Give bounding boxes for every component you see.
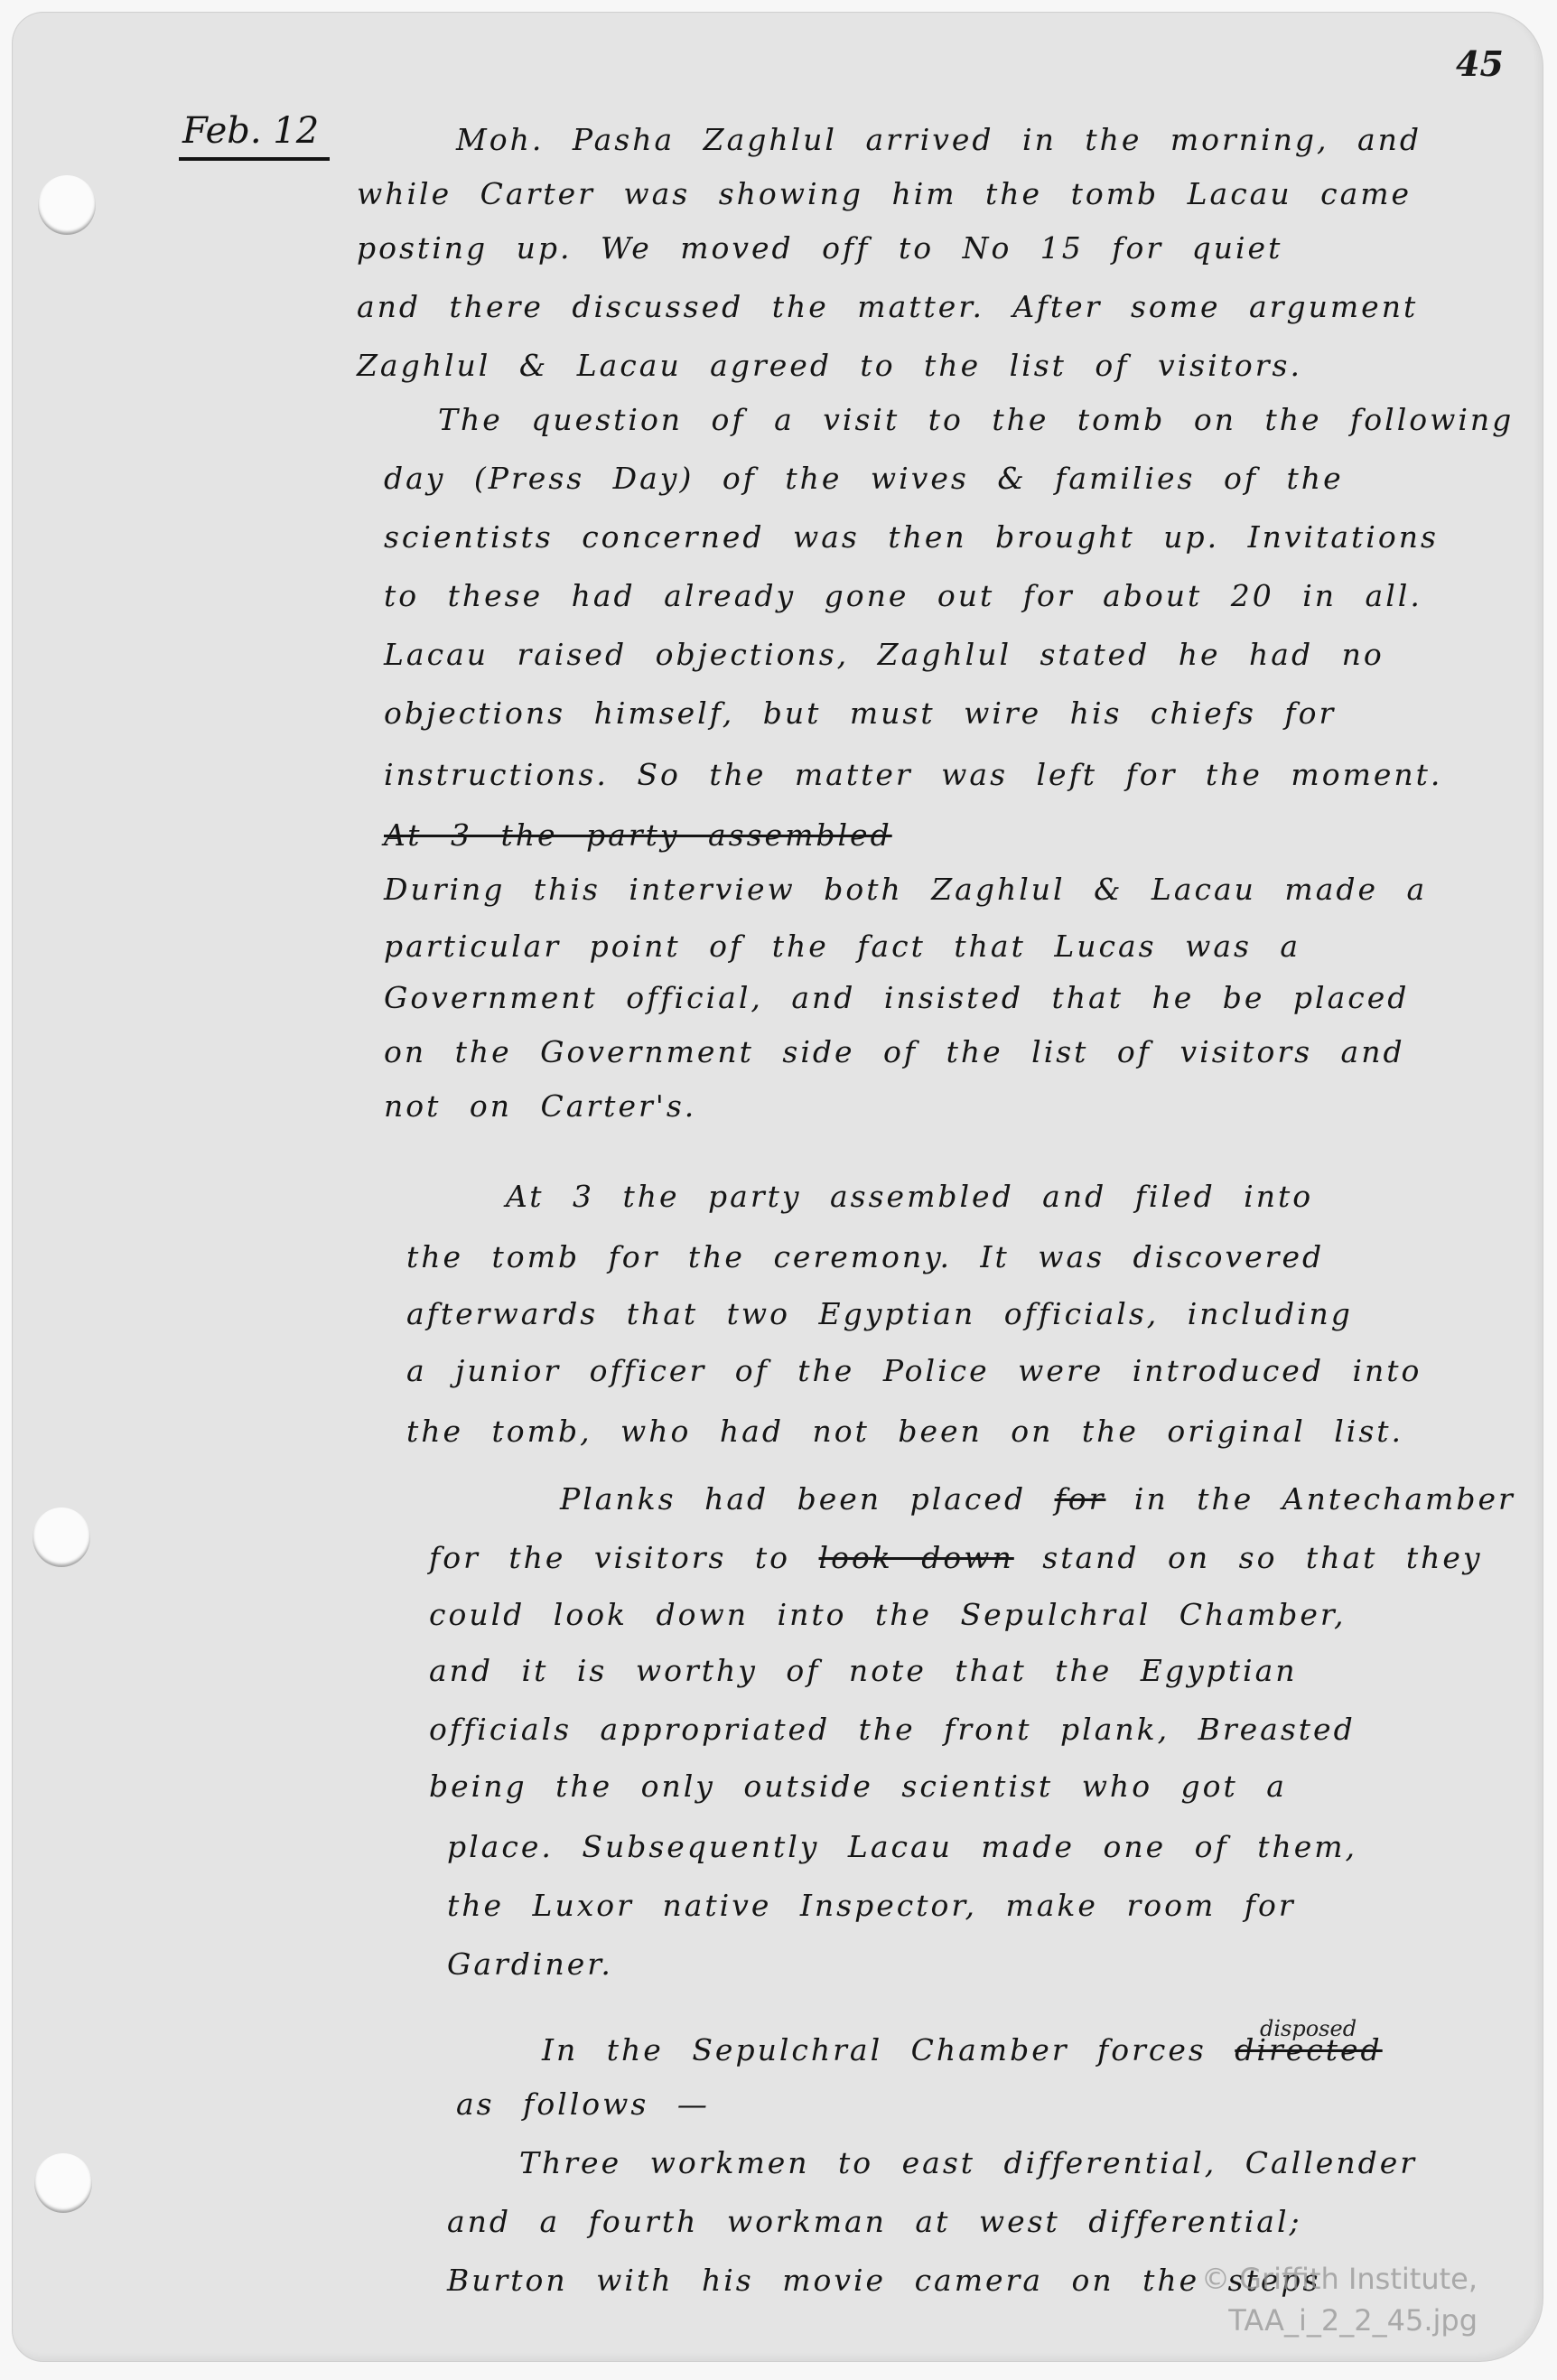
punch-hole-top <box>38 175 96 235</box>
text-line: for the visitors to look down stand on s… <box>429 1540 1483 1575</box>
text-line: could look down into the Sepulchral Cham… <box>429 1597 1347 1632</box>
text-line: particular point of the fact that Lucas … <box>384 929 1301 964</box>
text-line: instructions. So the matter was left for… <box>384 757 1442 792</box>
text-line: objections himself, but must wire his ch… <box>384 695 1336 731</box>
text-line: During this interview both Zaghlul & Lac… <box>384 872 1427 907</box>
text-line: the tomb for the ceremony. It was discov… <box>406 1239 1324 1274</box>
interlinear-insertion: disposed <box>1260 2016 1357 2041</box>
text-line: Zaghlul & Lacau agreed to the list of vi… <box>357 348 1302 383</box>
struck-word: look down <box>819 1540 1014 1575</box>
copyright-watermark: © Griffith Institute, TAA_i_2_2_45.jpg <box>1201 2258 1478 2341</box>
text-line: and a fourth workman at west differentia… <box>447 2204 1302 2239</box>
watermark-filename: TAA_i_2_2_45.jpg <box>1201 2300 1478 2341</box>
text-line: while Carter was showing him the tomb La… <box>357 176 1412 211</box>
text-line: At 3 the party assembled and filed into <box>506 1179 1313 1214</box>
text-line: the tomb, who had not been on the origin… <box>406 1414 1403 1449</box>
page-number: 45 <box>1456 43 1504 84</box>
struck-out-line: At 3 the party assembled <box>384 817 892 853</box>
text-line: day (Press Day) of the wives & families … <box>384 461 1344 496</box>
watermark-copyright: © Griffith Institute, <box>1201 2258 1478 2300</box>
text-line: and it is worthy of note that the Egypti… <box>429 1653 1298 1688</box>
punch-hole-middle <box>33 1507 90 1567</box>
text-line: Lacau raised objections, Zaghlul stated … <box>384 637 1385 672</box>
text-line: place. Subsequently Lacau made one of th… <box>447 1829 1357 1864</box>
text-line: Three workmen to east differential, Call… <box>519 2145 1417 2180</box>
text-line: and there discussed the matter. After so… <box>357 289 1418 324</box>
text-line: the Luxor native Inspector, make room fo… <box>447 1888 1296 1923</box>
text-line: scientists concerned was then brought up… <box>384 519 1439 555</box>
text-line: afterwards that two Egyptian officials, … <box>406 1296 1353 1331</box>
text-line: Government official, and insisted that h… <box>384 980 1409 1015</box>
struck-word: for <box>1055 1481 1106 1517</box>
text-line: to these had already gone out for about … <box>384 578 1422 613</box>
text-line: The question of a visit to the tomb on t… <box>438 402 1514 437</box>
text-line: on the Government side of the list of vi… <box>384 1034 1405 1069</box>
text-line: In the Sepulchral Chamber forces directe… <box>542 2032 1383 2067</box>
text-line: Gardiner. <box>447 1946 613 1982</box>
punch-hole-bottom <box>34 2153 92 2213</box>
date-heading: Feb. 12 <box>179 110 330 161</box>
text-line: Moh. Pasha Zaghlul arrived in the mornin… <box>456 122 1422 157</box>
text-line: as follows — <box>456 2086 710 2122</box>
text-line: not on Carter's. <box>384 1088 696 1124</box>
text-line: officials appropriated the front plank, … <box>429 1712 1356 1747</box>
text-line: Planks had been placed for in the Antech… <box>560 1481 1515 1517</box>
text-line: a junior officer of the Police were intr… <box>406 1353 1422 1388</box>
text-line: posting up. We moved off to No 15 for qu… <box>357 230 1282 266</box>
text-line: Burton with his movie camera on the step… <box>447 2263 1320 2298</box>
text-line: being the only outside scientist who got… <box>429 1769 1287 1804</box>
